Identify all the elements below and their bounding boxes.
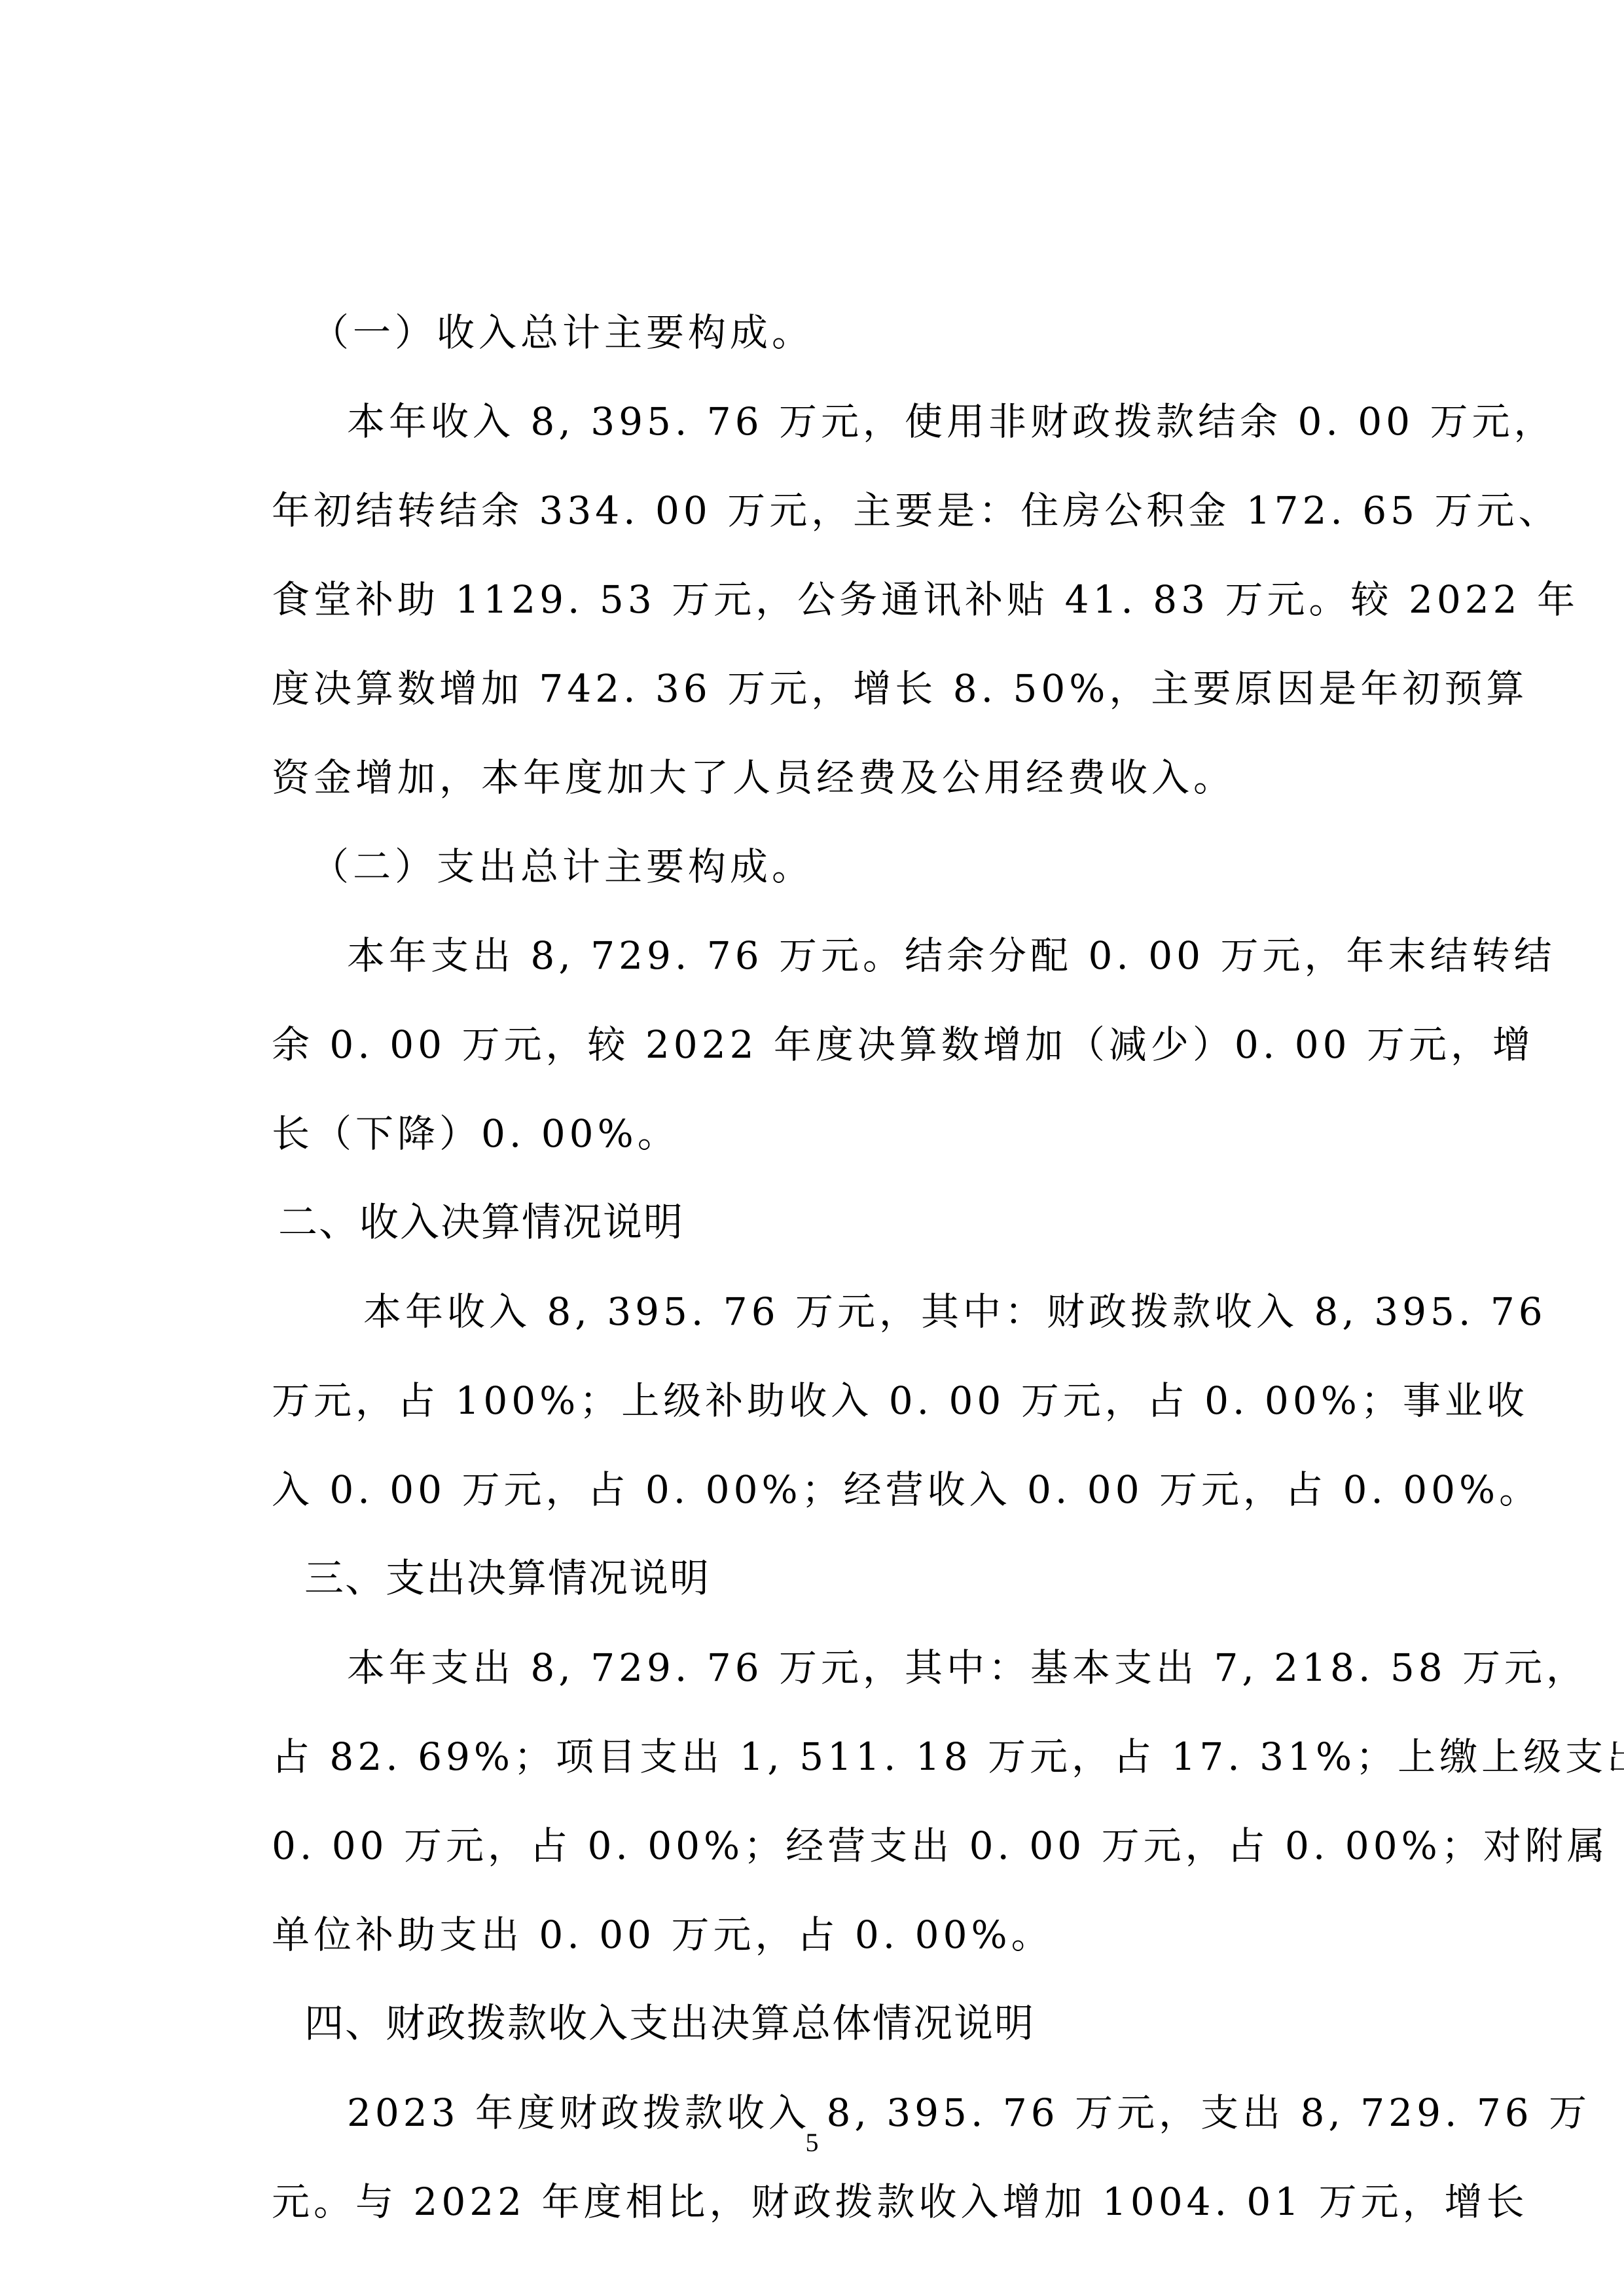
- heading-income-final: 二、收入决算情况说明: [272, 1178, 1424, 1267]
- paragraph-line: 度决算数增加 742. 36 万元，增长 8. 50%，主要原因是年初预算: [272, 644, 1424, 733]
- paragraph-line: 0. 00 万元，占 0. 00%；经营支出 0. 00 万元，占 0. 00%…: [272, 1801, 1424, 1890]
- paragraph-line: 本年收入 8, 395. 76 万元，其中：财政拨款收入 8, 395. 76: [272, 1267, 1424, 1356]
- paragraph-line: 元。与 2022 年度相比，财政拨款收入增加 1004. 01 万元，增长: [272, 2157, 1424, 2246]
- document-page: （一）收入总计主要构成。 本年收入 8, 395. 76 万元，使用非财政拨款结…: [272, 288, 1424, 2246]
- heading-expense-final: 三、支出决算情况说明: [272, 1534, 1424, 1623]
- paragraph-line: 单位补助支出 0. 00 万元，占 0. 00%。: [272, 1890, 1424, 1979]
- paragraph-line: 本年支出 8, 729. 76 万元，其中：基本支出 7, 218. 58 万元…: [272, 1623, 1424, 1712]
- paragraph-line: 本年支出 8, 729. 76 万元。结余分配 0. 00 万元，年末结转结: [272, 911, 1424, 1000]
- page-number: 5: [0, 2127, 1624, 2158]
- paragraph-line: 本年收入 8, 395. 76 万元，使用非财政拨款结余 0. 00 万元，: [272, 377, 1424, 466]
- paragraph-line: 万元，占 100%；上级补助收入 0. 00 万元，占 0. 00%；事业收: [272, 1356, 1424, 1445]
- paragraph-line: 食堂补助 1129. 53 万元，公务通讯补贴 41. 83 万元。较 2022…: [272, 555, 1424, 644]
- heading-fiscal-overall: 四、财政拨款收入支出决算总体情况说明: [272, 1979, 1424, 2068]
- paragraph-line: 占 82. 69%；项目支出 1, 511. 18 万元，占 17. 31%；上…: [272, 1712, 1424, 1801]
- paragraph-line: 入 0. 00 万元，占 0. 00%；经营收入 0. 00 万元，占 0. 0…: [272, 1445, 1424, 1534]
- paragraph-line: 余 0. 00 万元，较 2022 年度决算数增加（减少）0. 00 万元，增: [272, 1000, 1424, 1089]
- paragraph-line: 长（下降）0. 00%。: [272, 1089, 1424, 1178]
- subheading-income-total: （一）收入总计主要构成。: [272, 288, 1424, 377]
- paragraph-line: 资金增加，本年度加大了人员经费及公用经费收入。: [272, 733, 1424, 822]
- paragraph-line: 年初结转结余 334. 00 万元，主要是：住房公积金 172. 65 万元、: [272, 466, 1424, 555]
- subheading-expense-total: （二）支出总计主要构成。: [272, 822, 1424, 911]
